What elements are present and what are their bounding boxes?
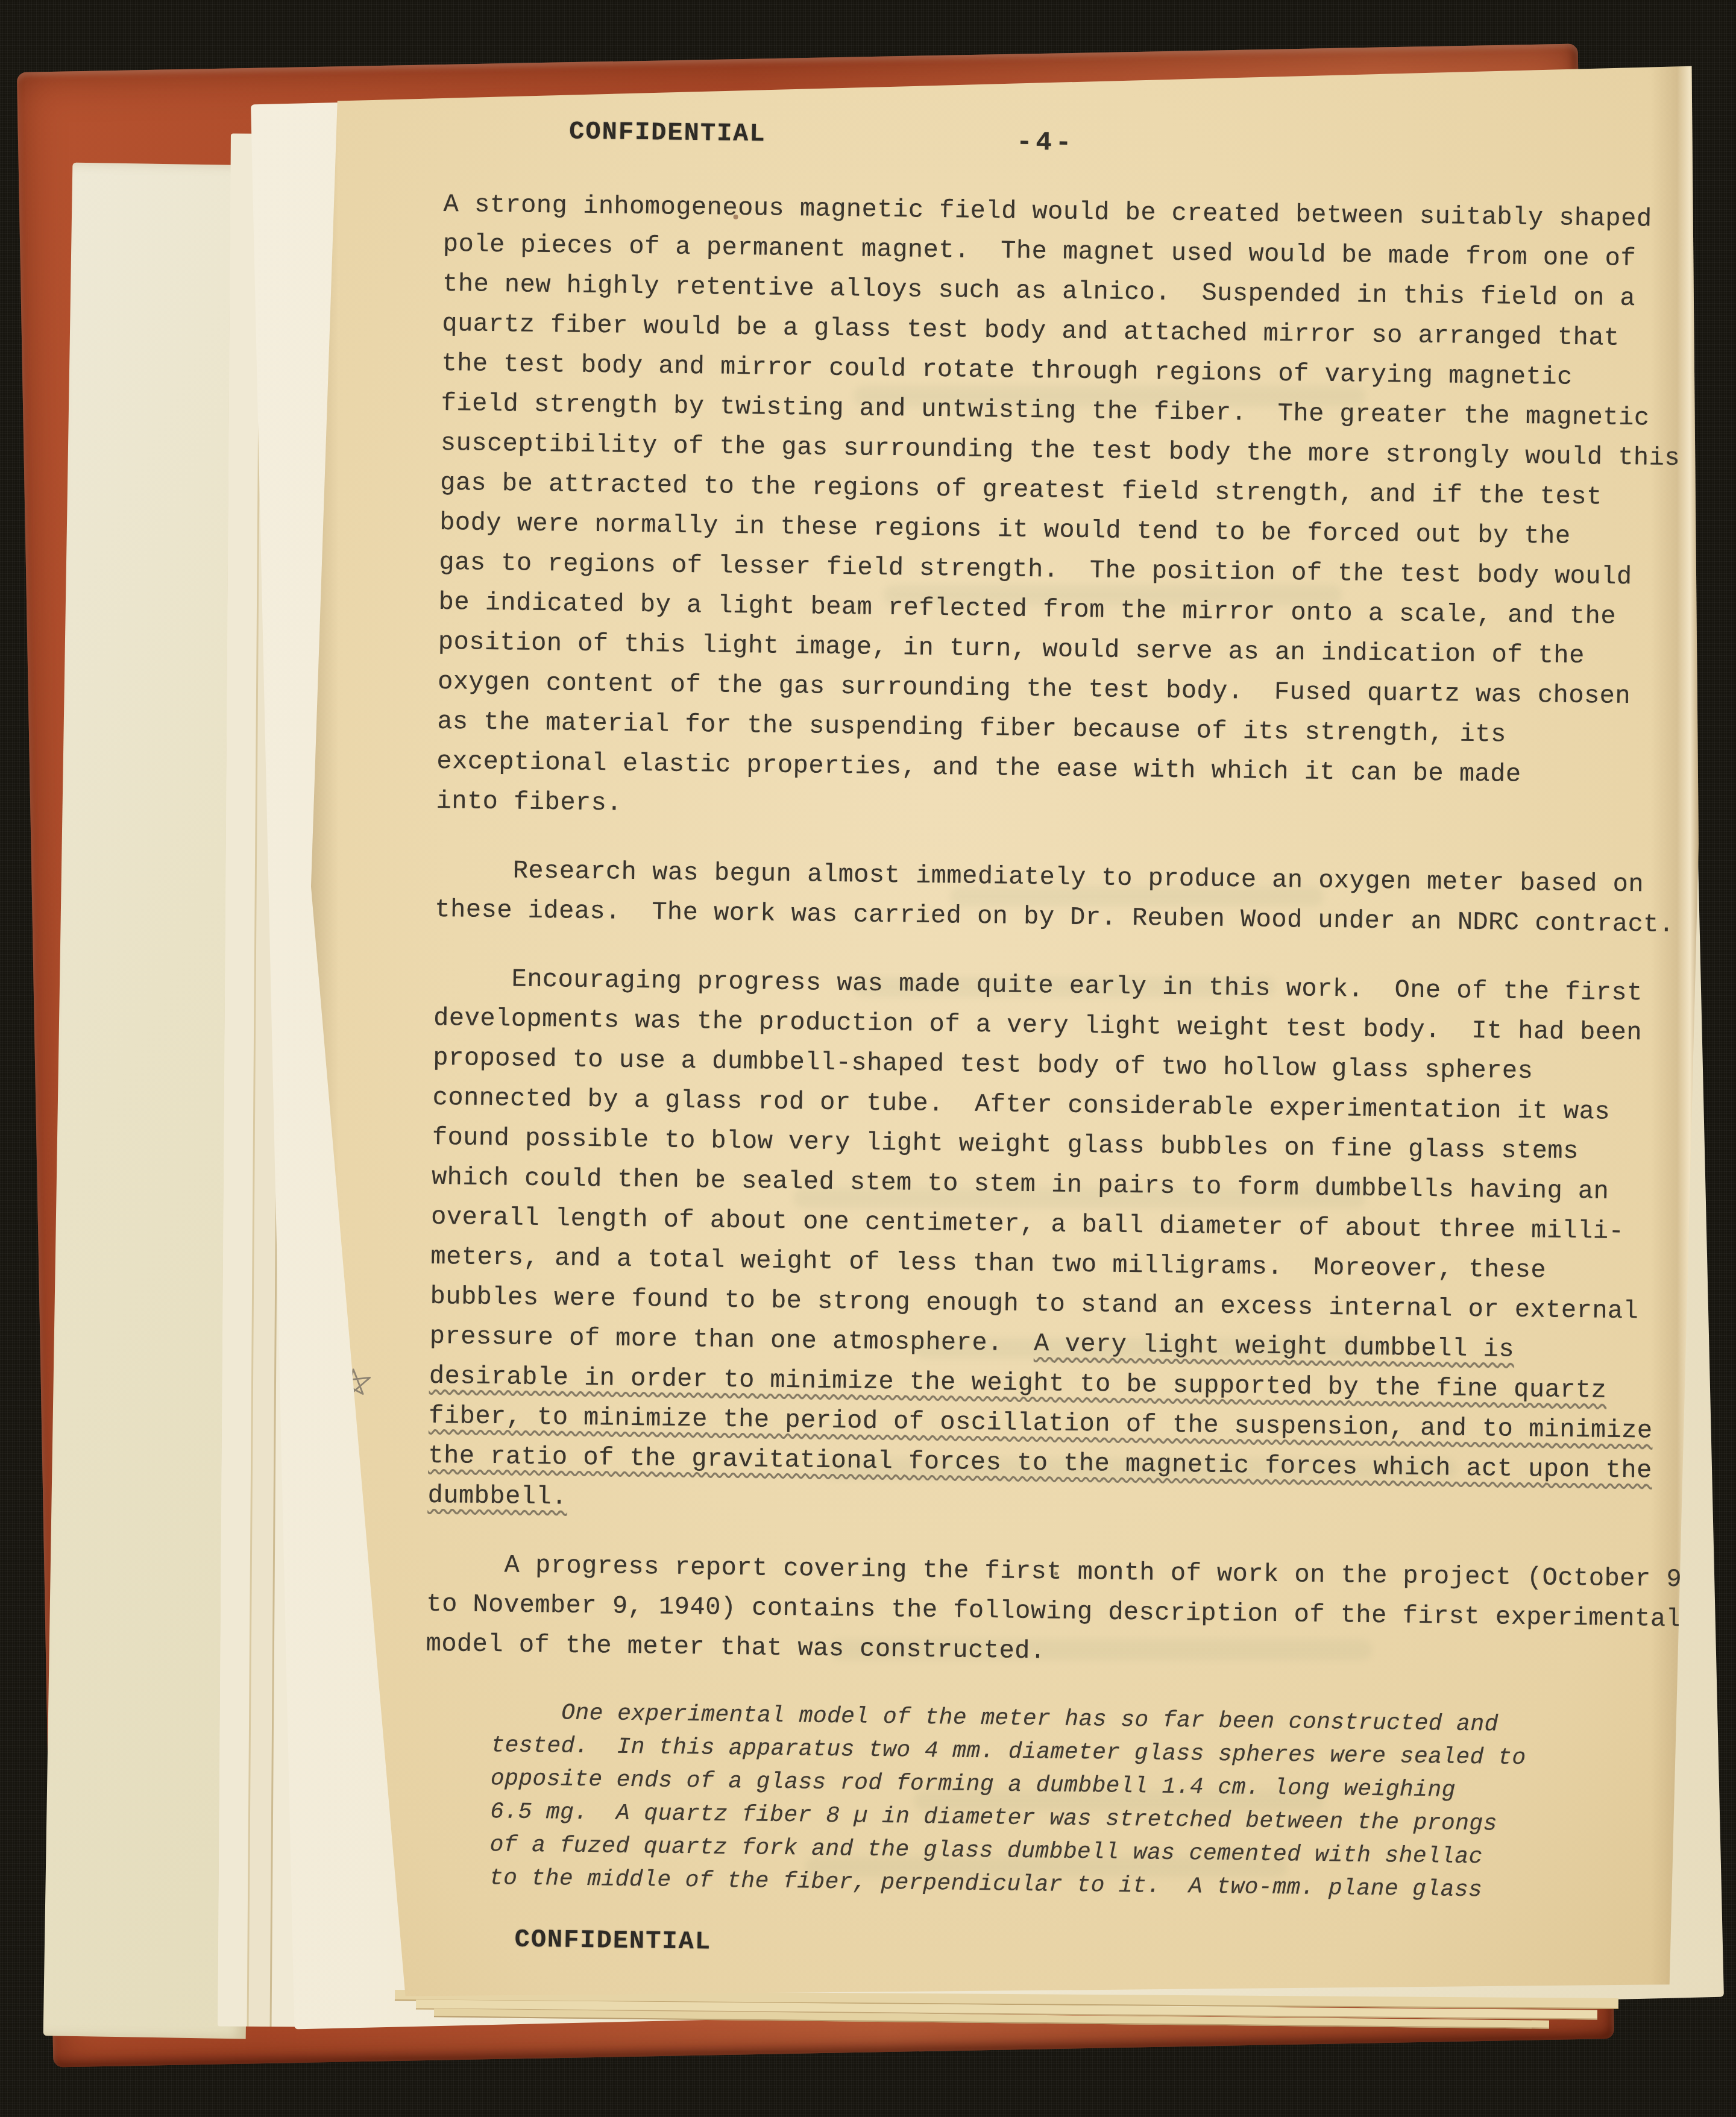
quoted-excerpt: One experimental model of the meter has …: [489, 1696, 1685, 1909]
document-page: CONFIDENTIAL -4- A strong inhomogeneous …: [311, 60, 1699, 2000]
text-segment: pressure of more than one atmosphere.: [430, 1322, 1034, 1358]
text-segment: as the material for the suspending fiber…: [437, 707, 1506, 749]
text-body: A strong inhomogeneous magnetic field wo…: [423, 184, 1703, 1938]
typewritten-content: CONFIDENTIAL -4- A strong inhomogeneous …: [289, 58, 1700, 2015]
paper-speck: [1054, 1572, 1058, 1576]
text-segment: into fibers.: [436, 787, 622, 818]
underlined-text: dumbbell.: [427, 1481, 567, 1512]
page-number: -4-: [1016, 128, 1075, 159]
text-segment: model of the meter that was constructed.: [426, 1629, 1046, 1666]
paragraph: Research was begun almost immediately to…: [435, 850, 1695, 945]
confidential-stamp-bottom: CONFIDENTIAL: [514, 1925, 711, 1957]
paragraph: Encouraging progress was made quite earl…: [427, 958, 1694, 1530]
paragraph: A strong inhomogeneous magnetic field wo…: [436, 184, 1703, 836]
underlined-text: A very light weight dumbbell is: [1034, 1329, 1514, 1364]
confidential-stamp-top: CONFIDENTIAL: [569, 118, 766, 149]
paper-speck: [733, 215, 738, 219]
paragraph: A progress report covering the first mon…: [426, 1544, 1687, 1679]
book-photo-scene: CONFIDENTIAL -4- A strong inhomogeneous …: [0, 0, 1736, 2117]
